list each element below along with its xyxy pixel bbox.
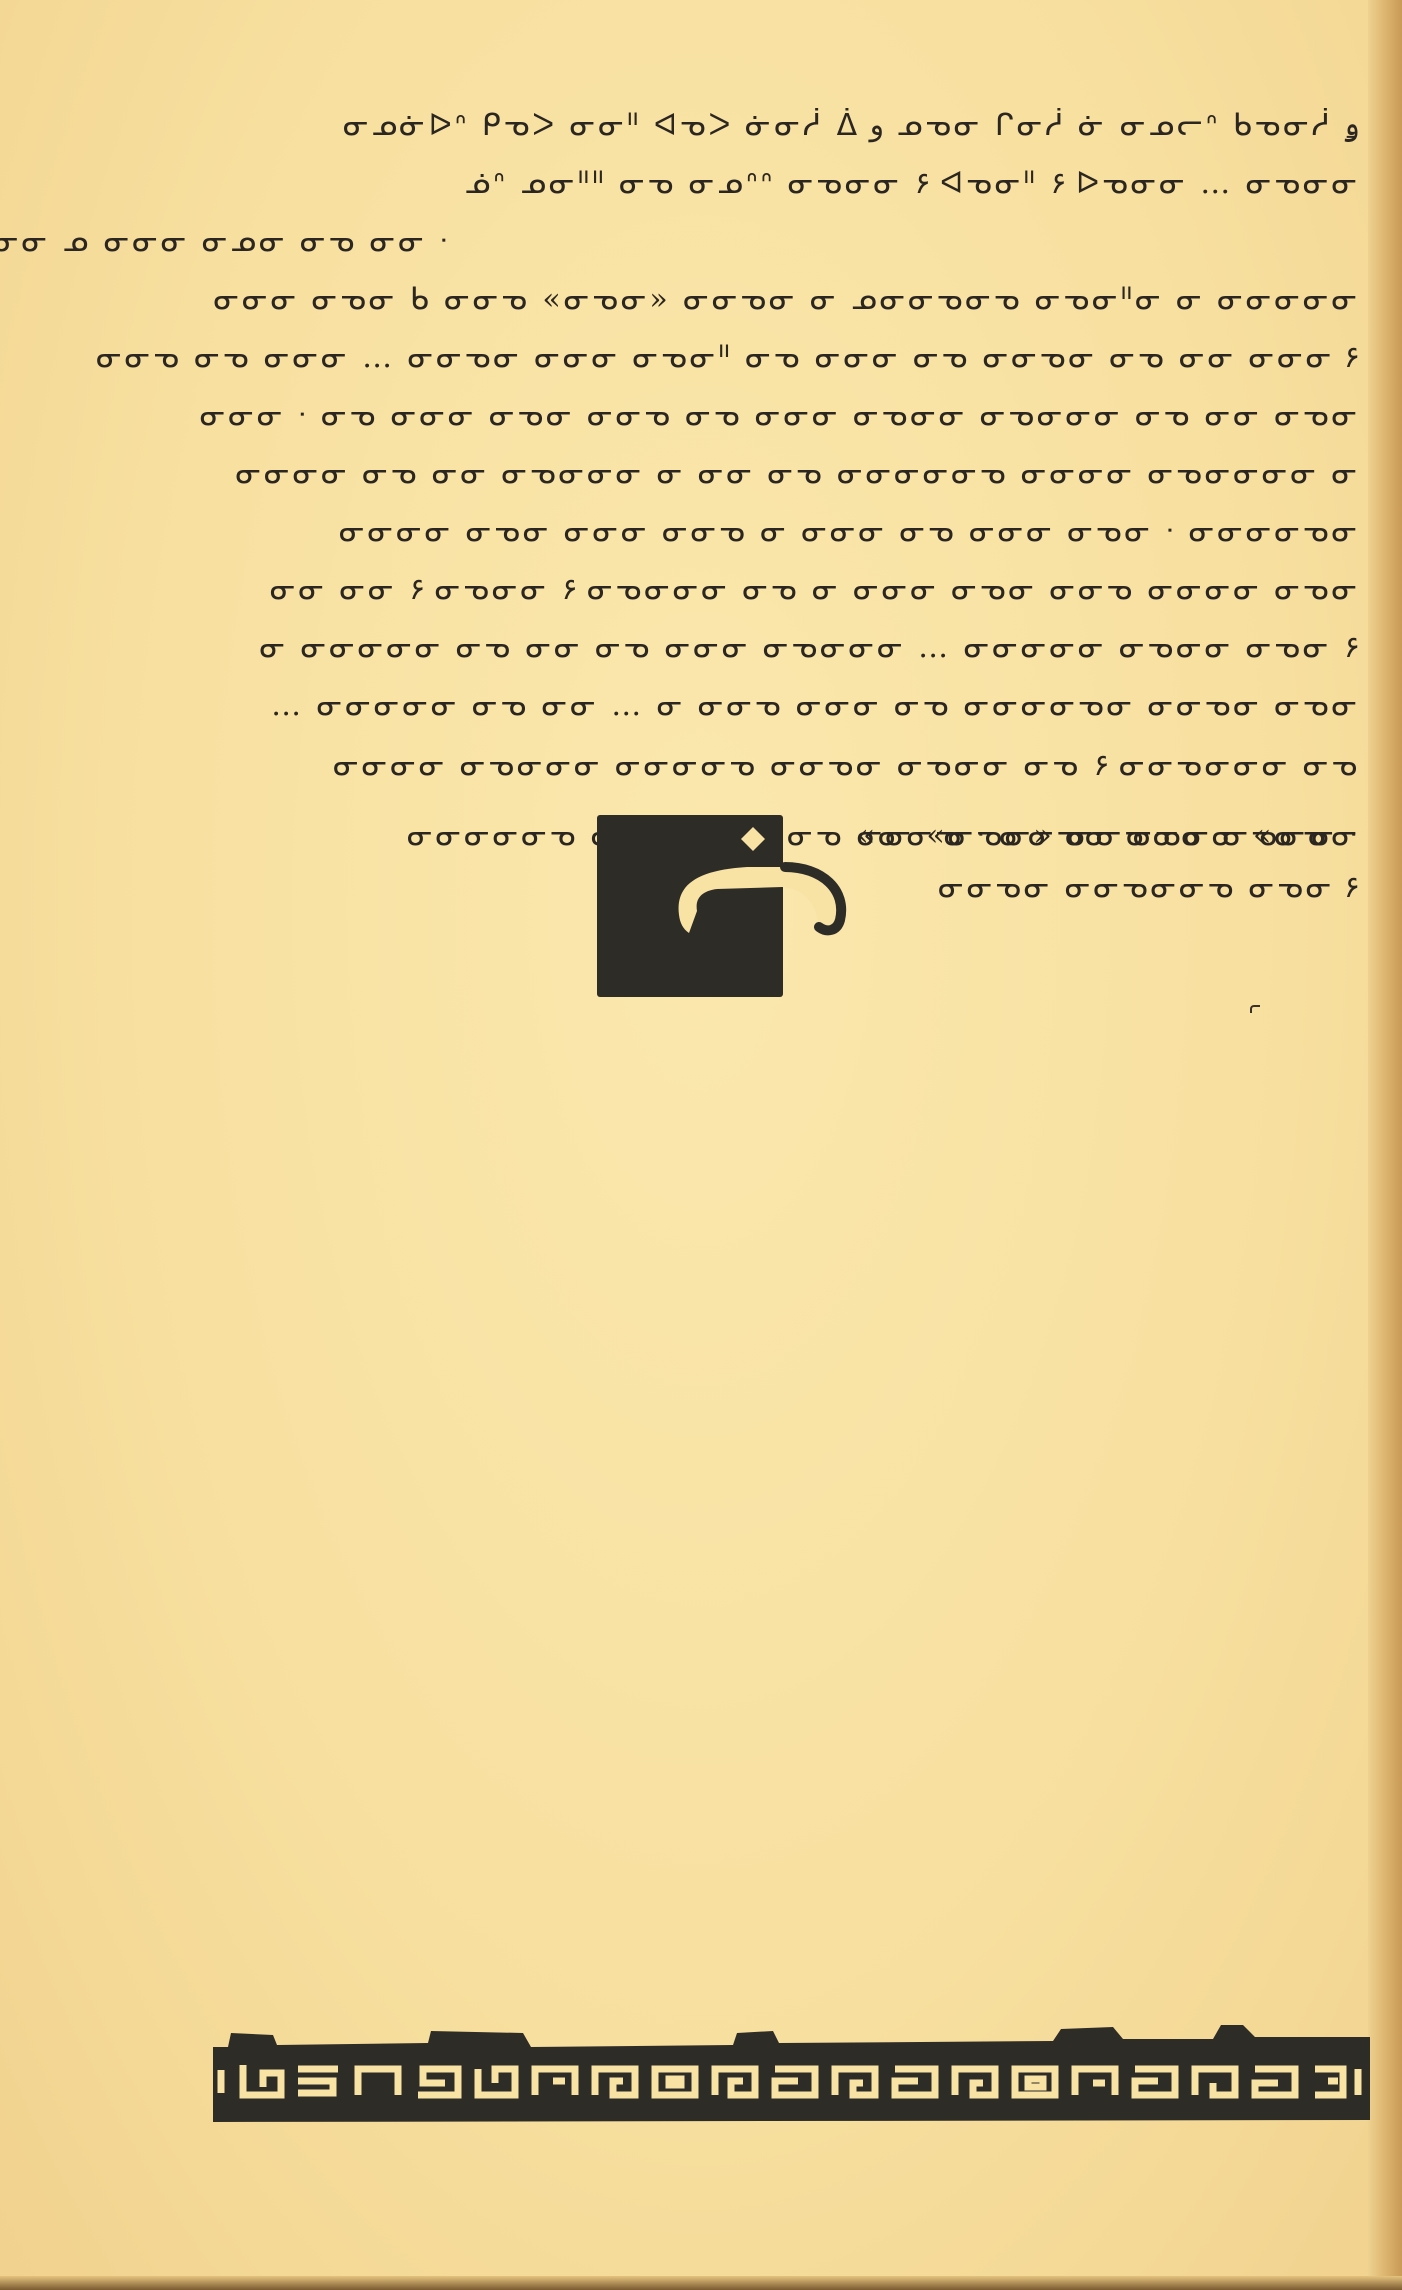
logo-side-text-1: ᓂᓂᓀ ᐧ ᓂᓂᓀᓂ ᓂᓀᓂᓂ «ᓂᓀᓂ»: [845, 818, 1360, 853]
text-line-9: ᓂᓂ ᓂᓂ ۶ ᓂᓀᓂᓂ ۶ ᓂᓀᓂᓂᓂ ᓂᓀ ᓂ ᓂᓂᓂ ᓂᓀᓂ ᓂᓂᓀ ᓂᓂ…: [270, 572, 1360, 616]
hook-letter-icon: [597, 815, 837, 997]
emblem-logo: [597, 815, 783, 997]
text-line-10: ᓂ ᓂᓂᓂᓂᓂ ᓂᓀ ᓂᓂ ᓂᓀ ᓂᓂᓂ ᓂᓀᓂᓂᓂ … ᓂᓂᓂᓂᓂ ᓂᓀᓂᓂ …: [259, 630, 1360, 674]
text-line-6: ᓂᓂᓂ ᐧ ᓂᓀ ᓂᓂᓂ ᓂᓀᓂ ᓂᓂᓀ ᓂᓀ ᓂᓂᓂ ᓂᓀᓂᓂ ᓂᓀᓂᓂᓂ ᓂ…: [200, 398, 1360, 442]
text-line-1: ۅ ᓄᓀᓂ ᒋᓂᓲ ᓃ ᓂᓄᓕᐢ ᑲᓀᓂᓲ و ᓂᓄᓃᐅᐢ ᑭᓀᐳ ᓂᓂᐦ ᐊᓀ…: [343, 108, 1360, 152]
text-line-2: ᓂᓅᐢ ᓄᓂᐦᐦ ᓂᓀ ᓂᓄᐢᐢ ᓂᓀᓂᓂ ۶ ᐊᓀᓂᐦ ۶ ᐅᓀᓂᓂ … ᓂᓀ…: [465, 166, 1360, 210]
logo-side-text-2: ۶ ᓂᓂᓀᓂ ᓂᓂᓀᓂᓂᓀ ᓂᓀᓂ: [845, 870, 1360, 905]
page-bottom-edge: [0, 2276, 1402, 2290]
text-line-12: ᓂᓂᓂᓂ ᓂᓀᓂᓂᓂ ᓂᓂᓂᓂᓀ ᓂᓂᓀᓂ ᓂᓀᓂᓂ ᓂᓀ ۶ ᓂᓂᓀᓂᓂᓂ ᓂ…: [330, 748, 1360, 792]
text-line-11: ᓂᓂᓂᓂᓂ ᓂᓀ ᓂᓂ … ᓂ ᓂᓂᓀ ᓂᓂᓂ ᓂᓀ ᓂᓂᓂᓂᓀᓂ ᓂᓂᓀᓂ ᓂ…: [271, 688, 1360, 732]
text-line-5: ۶ ᓂᓂᓀ ᓂᓀ ᓂᓂᓂ … ᓂᓂᓀᓂ ᓂᓂᓂ ᓂᓀᓂᐦ ᓂᓀ ᓂᓂᓂ ᓂᓀ ᓂ…: [96, 340, 1360, 384]
page-edge-shadow: [1368, 0, 1402, 2290]
text-line-8: ᓂᓂᓂᓂ ᓂᓀᓂ ᓂᓂᓂ ᓂᓂᓀ ᓂ ᓂᓂᓂ ᓂᓀ ᓂᓂᓂ ᓂᓀᓂ ᐧ ᓂᓂᓂᓂ…: [339, 514, 1360, 558]
ink-speck: [1250, 1005, 1260, 1013]
text-line-4: ᓂᓂᓂ ᓂᓀᓂ ᑲ ᓂᓂᓀ «ᓂᓀᓂ» ᓂᓂᓀᓂ ᓂ ᓄᓂᓂᓀᓂᓀ ᓂᓀᓂᐦᓂ …: [213, 282, 1360, 326]
text-line-7: ᓂᓂᓂᓂ ᓂᓀ ᓂᓂ ᓂᓀᓂᓂᓂ ᓂ ᓂᓂ ᓂᓀ ᓂᓂᓂᓂᓂᓀ ᓂᓂᓂᓂ ᓂᓀᓂ…: [235, 456, 1360, 500]
ornamental-border-band: [213, 2025, 1370, 2133]
text-line-3-tail: ᐃᓂᓀᓂᓂᓂ ᐅᓀᓂᓂᓂ ᓄ ᓂᓂᓂ ᓂᓄᓂ ᓂᓀ ᓂᓂ ᐧ: [0, 224, 450, 268]
meander-pattern-icon: [213, 2025, 1370, 2133]
